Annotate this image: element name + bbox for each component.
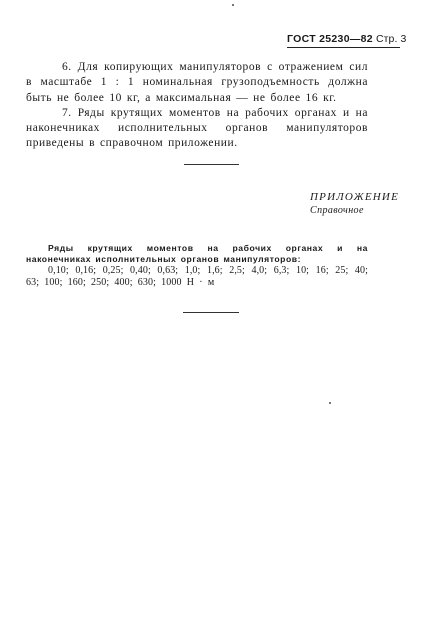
scan-speck xyxy=(232,4,234,6)
scan-speck xyxy=(329,402,331,404)
end-divider xyxy=(183,312,239,313)
appendix-heading: Ряды крутящих моментов на рабочих органа… xyxy=(26,243,368,265)
main-text: 6. Для копирующих манипуляторов с отраже… xyxy=(26,60,368,152)
appendix-label: ПРИЛОЖЕНИЕ Справочное xyxy=(310,190,399,217)
appendix-subtitle: Справочное xyxy=(310,204,399,217)
appendix-title: ПРИЛОЖЕНИЕ xyxy=(310,190,399,204)
section-divider xyxy=(184,164,239,165)
standard-number: ГОСТ 25230—82 xyxy=(287,33,373,45)
appendix-content: Ряды крутящих моментов на рабочих органа… xyxy=(26,243,368,288)
paragraph-6: 6. Для копирующих манипуляторов с отраже… xyxy=(26,60,368,106)
paragraph-7: 7. Ряды крутящих моментов на рабочих орг… xyxy=(26,106,368,152)
torque-values-list: 0,10; 0,16; 0,25; 0,40; 0,63; 1,0; 1,6; … xyxy=(26,265,368,287)
page-header: ГОСТ 25230—82 Стр. 3 xyxy=(287,33,400,48)
page-number: Стр. 3 xyxy=(376,33,407,45)
